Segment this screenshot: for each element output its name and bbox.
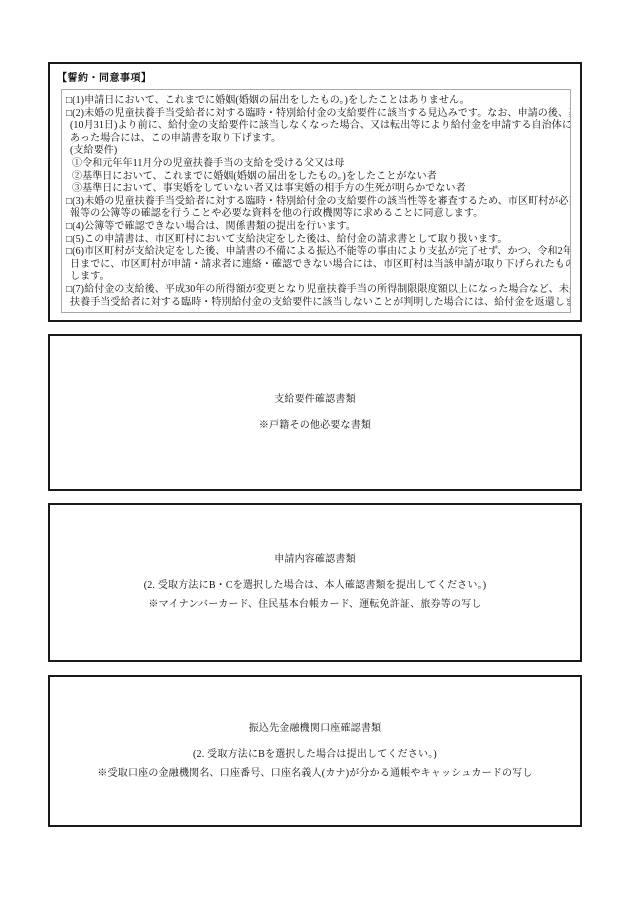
bank-docs-note: ※受取口座の金融機関名、口座番号、口座名義人(カナ)が分かる通帳やキャッシュカー…: [97, 768, 532, 780]
application-docs-title: 申請内容確認書類: [274, 554, 356, 566]
pledge-condition-1: ①令和元年年11月分の児童扶養手当の支給を受ける父又は母: [66, 158, 567, 171]
pledge-condition-2: ②基準日において、これまでに婚姻(婚姻の届出をしたもの。)をしたことがない者: [66, 171, 567, 184]
pledge-line-5: □(5)この申請書は、市区町村において支給決定をした後は、給付金の請求書として取…: [66, 234, 567, 247]
pledge-line-2-cont: (10月31日)より前に、給付金の支給要件に該当しなくなった場合、又は転出等によ…: [66, 120, 567, 133]
pledge-condition-3: ③基準日において、事実婚をしていない者又は事実婚の相手方の生死が明らかでない者: [66, 183, 567, 196]
application-docs-note: ※マイナンバーカード、住民基本台帳カード、運転免許証、旅券等の写し: [148, 599, 481, 611]
pledge-line-2: □(2)未婚の児童扶養手当受給者に対する臨時・特別給付金の支給要件に該当する見込…: [66, 108, 567, 121]
requirement-docs-note: ※戸籍その他必要な書類: [259, 420, 371, 432]
application-docs-box: 申請内容確認書類 (2. 受取方法にB・Cを選択した場合は、本人確認書類を提出し…: [48, 503, 582, 662]
pledge-line-6-cont2: します。: [66, 271, 567, 284]
pledge-line-7: □(7)給付金の支給後、平成30年の所得額が変更となり児童扶養手当の所得制限限度…: [66, 284, 567, 297]
bank-docs-box: 振込先金融機関口座確認書類 (2. 受取方法にBを選択した場合は提出してください…: [48, 675, 582, 827]
pledge-line-3-cont: 報等の公簿等の確認を行うことや必要な資料を他の行政機関等に求めることに同意します…: [66, 208, 567, 221]
pledge-conditions-heading: (支給要件): [66, 145, 567, 158]
requirement-docs-box: 支給要件確認書類 ※戸籍その他必要な書類: [48, 334, 582, 491]
application-docs-instruction: (2. 受取方法にB・Cを選択した場合は、本人確認書類を提出してください。): [144, 580, 487, 592]
bank-docs-title: 振込先金融機関口座確認書類: [249, 723, 382, 735]
pledge-line-6: □(6)市区町村が支給決定をした後、申請書の不備による振込不能等の事由により支払…: [66, 246, 567, 259]
pledge-line-1: □(1)申請日において、これまでに婚姻(婚姻の届出をしたもの。)をしたことはあり…: [66, 95, 567, 108]
bank-docs-instruction: (2. 受取方法にBを選択した場合は提出してください。): [193, 749, 437, 761]
pledge-line-6-cont: 日までに、市区町村が申請・請求者に連絡・確認できない場合には、市区町村は当該申請…: [66, 259, 567, 272]
requirement-docs-title: 支給要件確認書類: [274, 394, 356, 406]
document-page: 【誓約・同意事項】 □(1)申請日において、これまでに婚姻(婚姻の届出をしたもの…: [0, 0, 630, 902]
pledge-line-7-cont: 扶養手当受給者に対する臨時・特別給付金の支給要件に該当しないことが判明した場合に…: [66, 297, 567, 310]
pledge-section-box: 【誓約・同意事項】 □(1)申請日において、これまでに婚姻(婚姻の届出をしたもの…: [48, 62, 582, 322]
pledge-line-2-cont2: あった場合には、この申請書を取り下げます。: [66, 133, 567, 146]
pledge-section-title: 【誓約・同意事項】: [57, 69, 152, 84]
pledge-line-4: □(4)公簿等で確認できない場合は、関係書類の提出を行います。: [66, 221, 567, 234]
pledge-items-box: □(1)申請日において、これまでに婚姻(婚姻の届出をしたもの。)をしたことはあり…: [61, 89, 571, 313]
pledge-line-3: □(3)未婚の児童扶養手当受給者に対する臨時・特別給付金の支給要件の該当性等を審…: [66, 196, 567, 209]
